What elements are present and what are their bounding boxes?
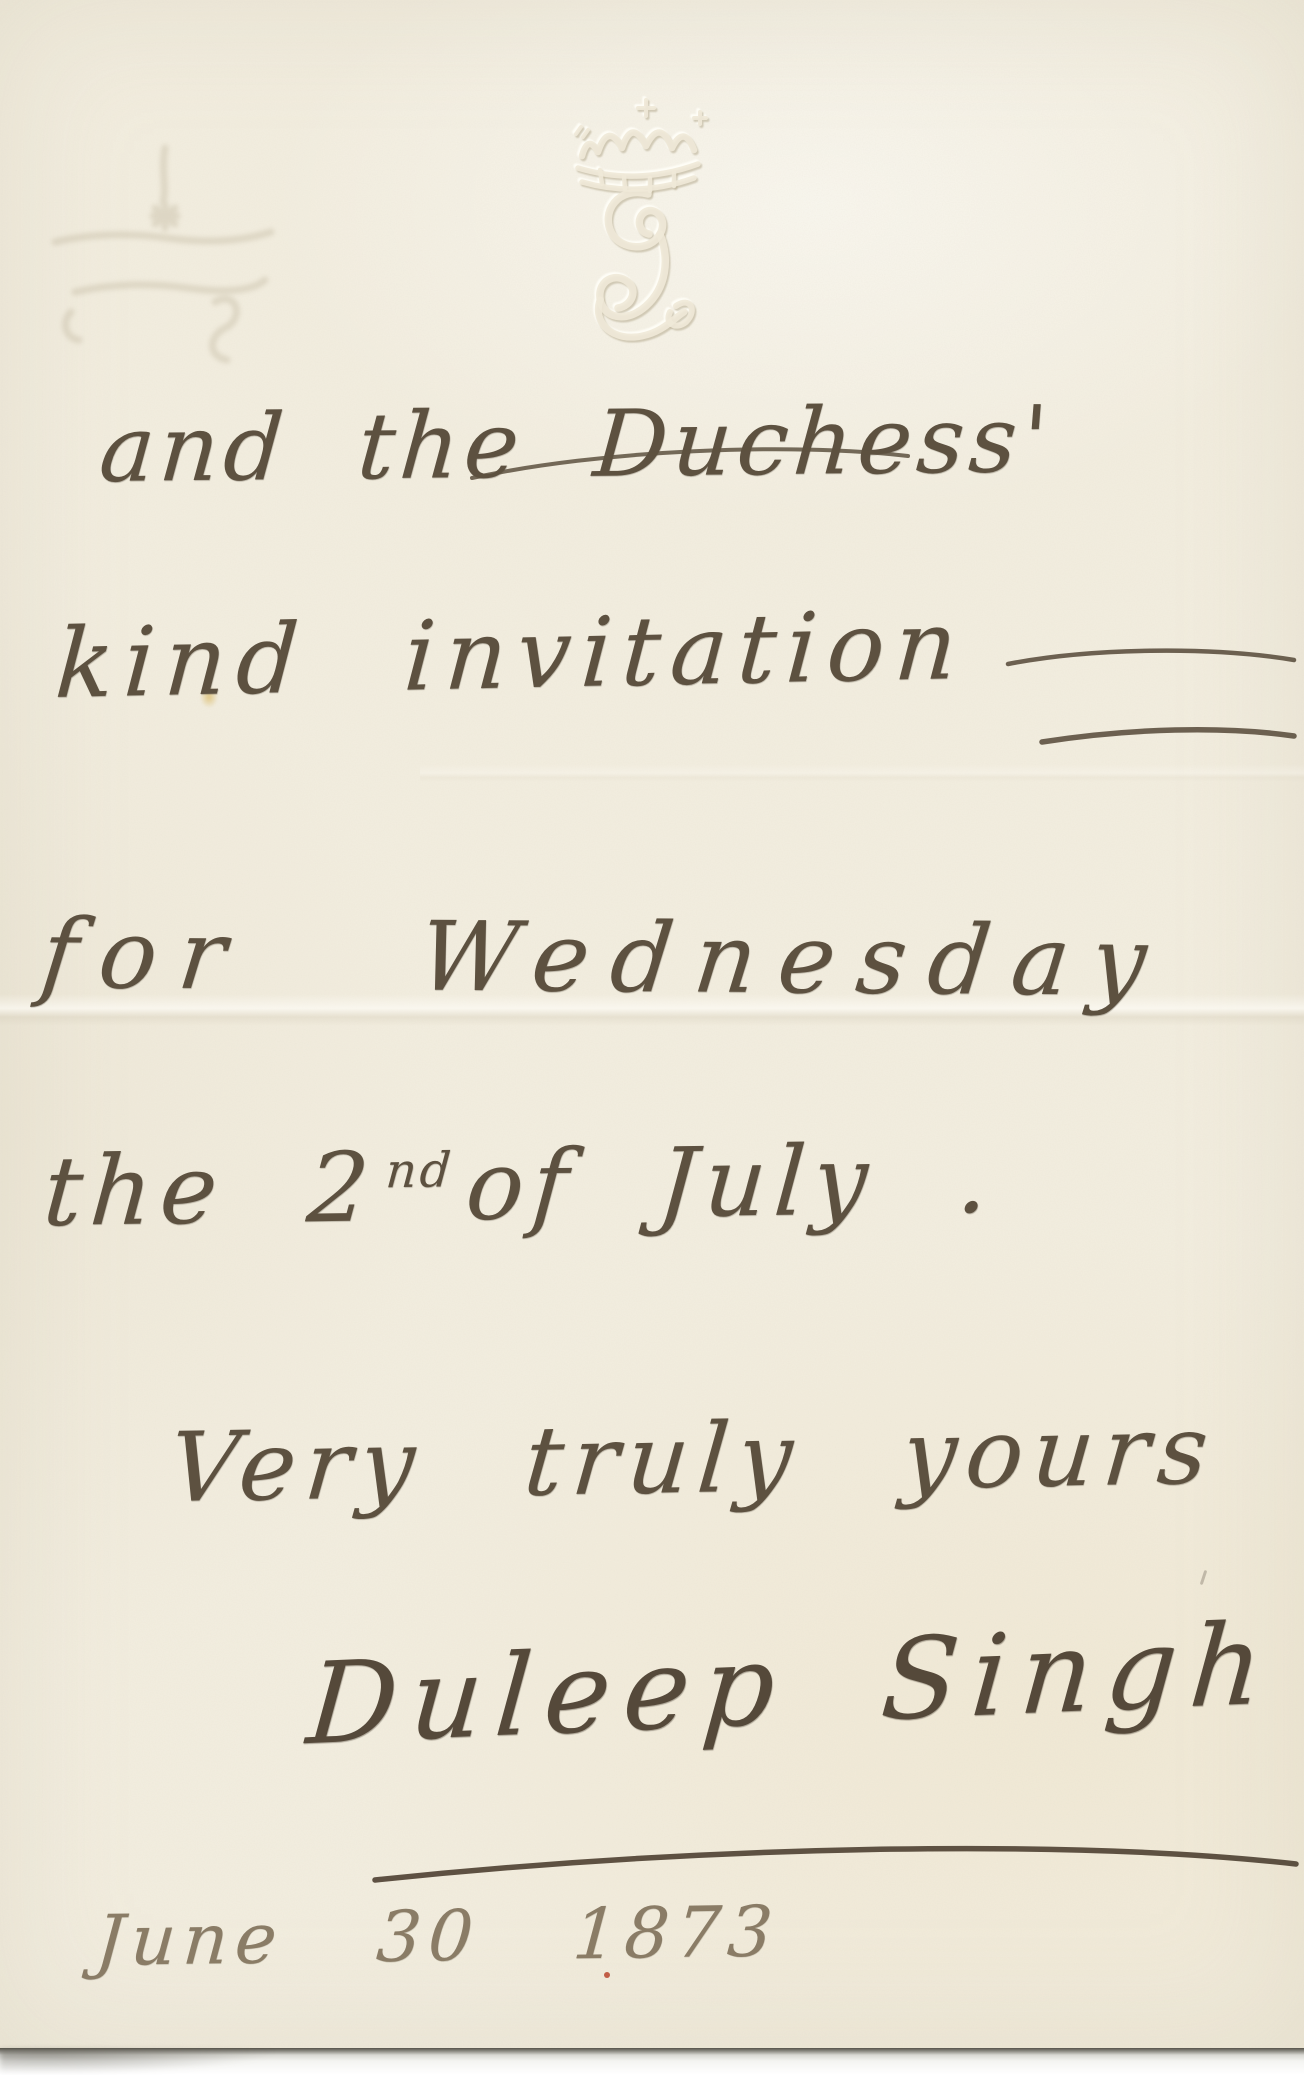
signature: Duleep Singh: [303, 1599, 1281, 1770]
letter-line-4: the 2ndof July .: [40, 1123, 1001, 1248]
scanned-letter: and the Duchess' kind invitation for Wed…: [0, 0, 1304, 2075]
letter-line-3: for Wednesday: [36, 898, 1174, 1018]
ghost-stroke: [213, 299, 237, 360]
letter-line-2: kind invitation: [52, 589, 970, 720]
trailing-dash-flourish: [1042, 730, 1294, 742]
ghost-rosette: [153, 204, 177, 228]
letter-paper: and the Duchess' kind invitation for Wed…: [0, 0, 1304, 2048]
fold-crease-faint: [420, 764, 1304, 782]
offset-ghost-impression: [15, 130, 315, 370]
letter-closing-line: Very truly yours: [165, 1394, 1221, 1524]
t-crossbar-flourish: [1008, 651, 1294, 664]
date-line: June 30 1873: [93, 1890, 782, 1982]
paper-edge-shadow: [0, 2050, 280, 2074]
ghost-stroke: [75, 280, 265, 292]
ghost-stroke: [65, 312, 79, 340]
signature-underline: [375, 1849, 1296, 1880]
line4-rest: of July .: [462, 1123, 1000, 1243]
superscript-ordinal: nd: [384, 1142, 456, 1199]
line4-prefix: the 2: [40, 1131, 381, 1248]
ghost-stroke: [55, 232, 271, 242]
letter-line-1: and the Duchess': [96, 386, 1056, 503]
embossed-coronet-monogram-icon: [562, 92, 732, 362]
stray-pen-mark: [1200, 1570, 1207, 1585]
ghost-stroke: [163, 148, 165, 202]
